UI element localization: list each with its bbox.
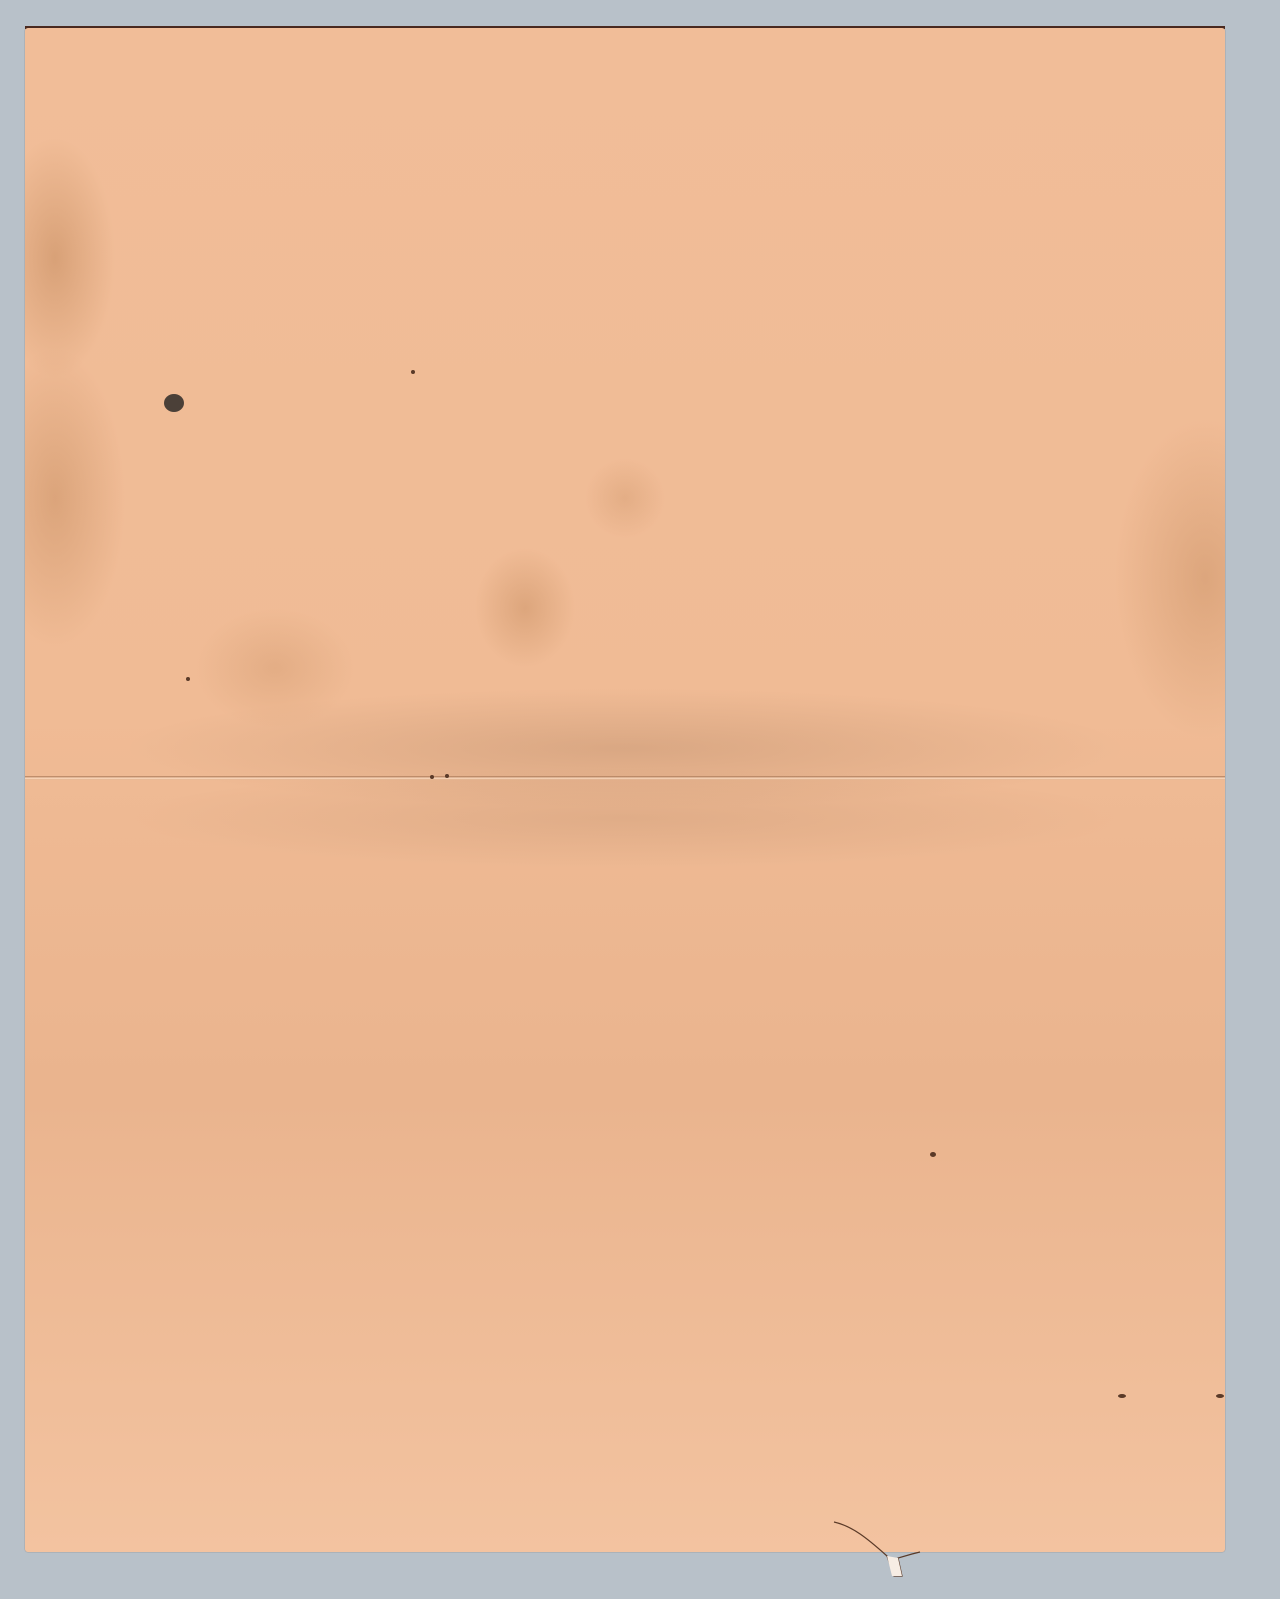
paper-tear — [832, 1518, 922, 1578]
dark-stain-spot — [164, 394, 184, 412]
paper-speck — [411, 370, 415, 374]
paper-speck — [430, 775, 434, 779]
paper-speck — [1118, 1394, 1126, 1398]
horizontal-fold-crease — [25, 776, 1225, 780]
aged-paper-card — [25, 28, 1225, 1552]
paper-speck — [445, 774, 449, 778]
paper-speck — [1216, 1394, 1224, 1398]
paper-speck — [186, 677, 190, 681]
paper-speck — [930, 1152, 936, 1157]
